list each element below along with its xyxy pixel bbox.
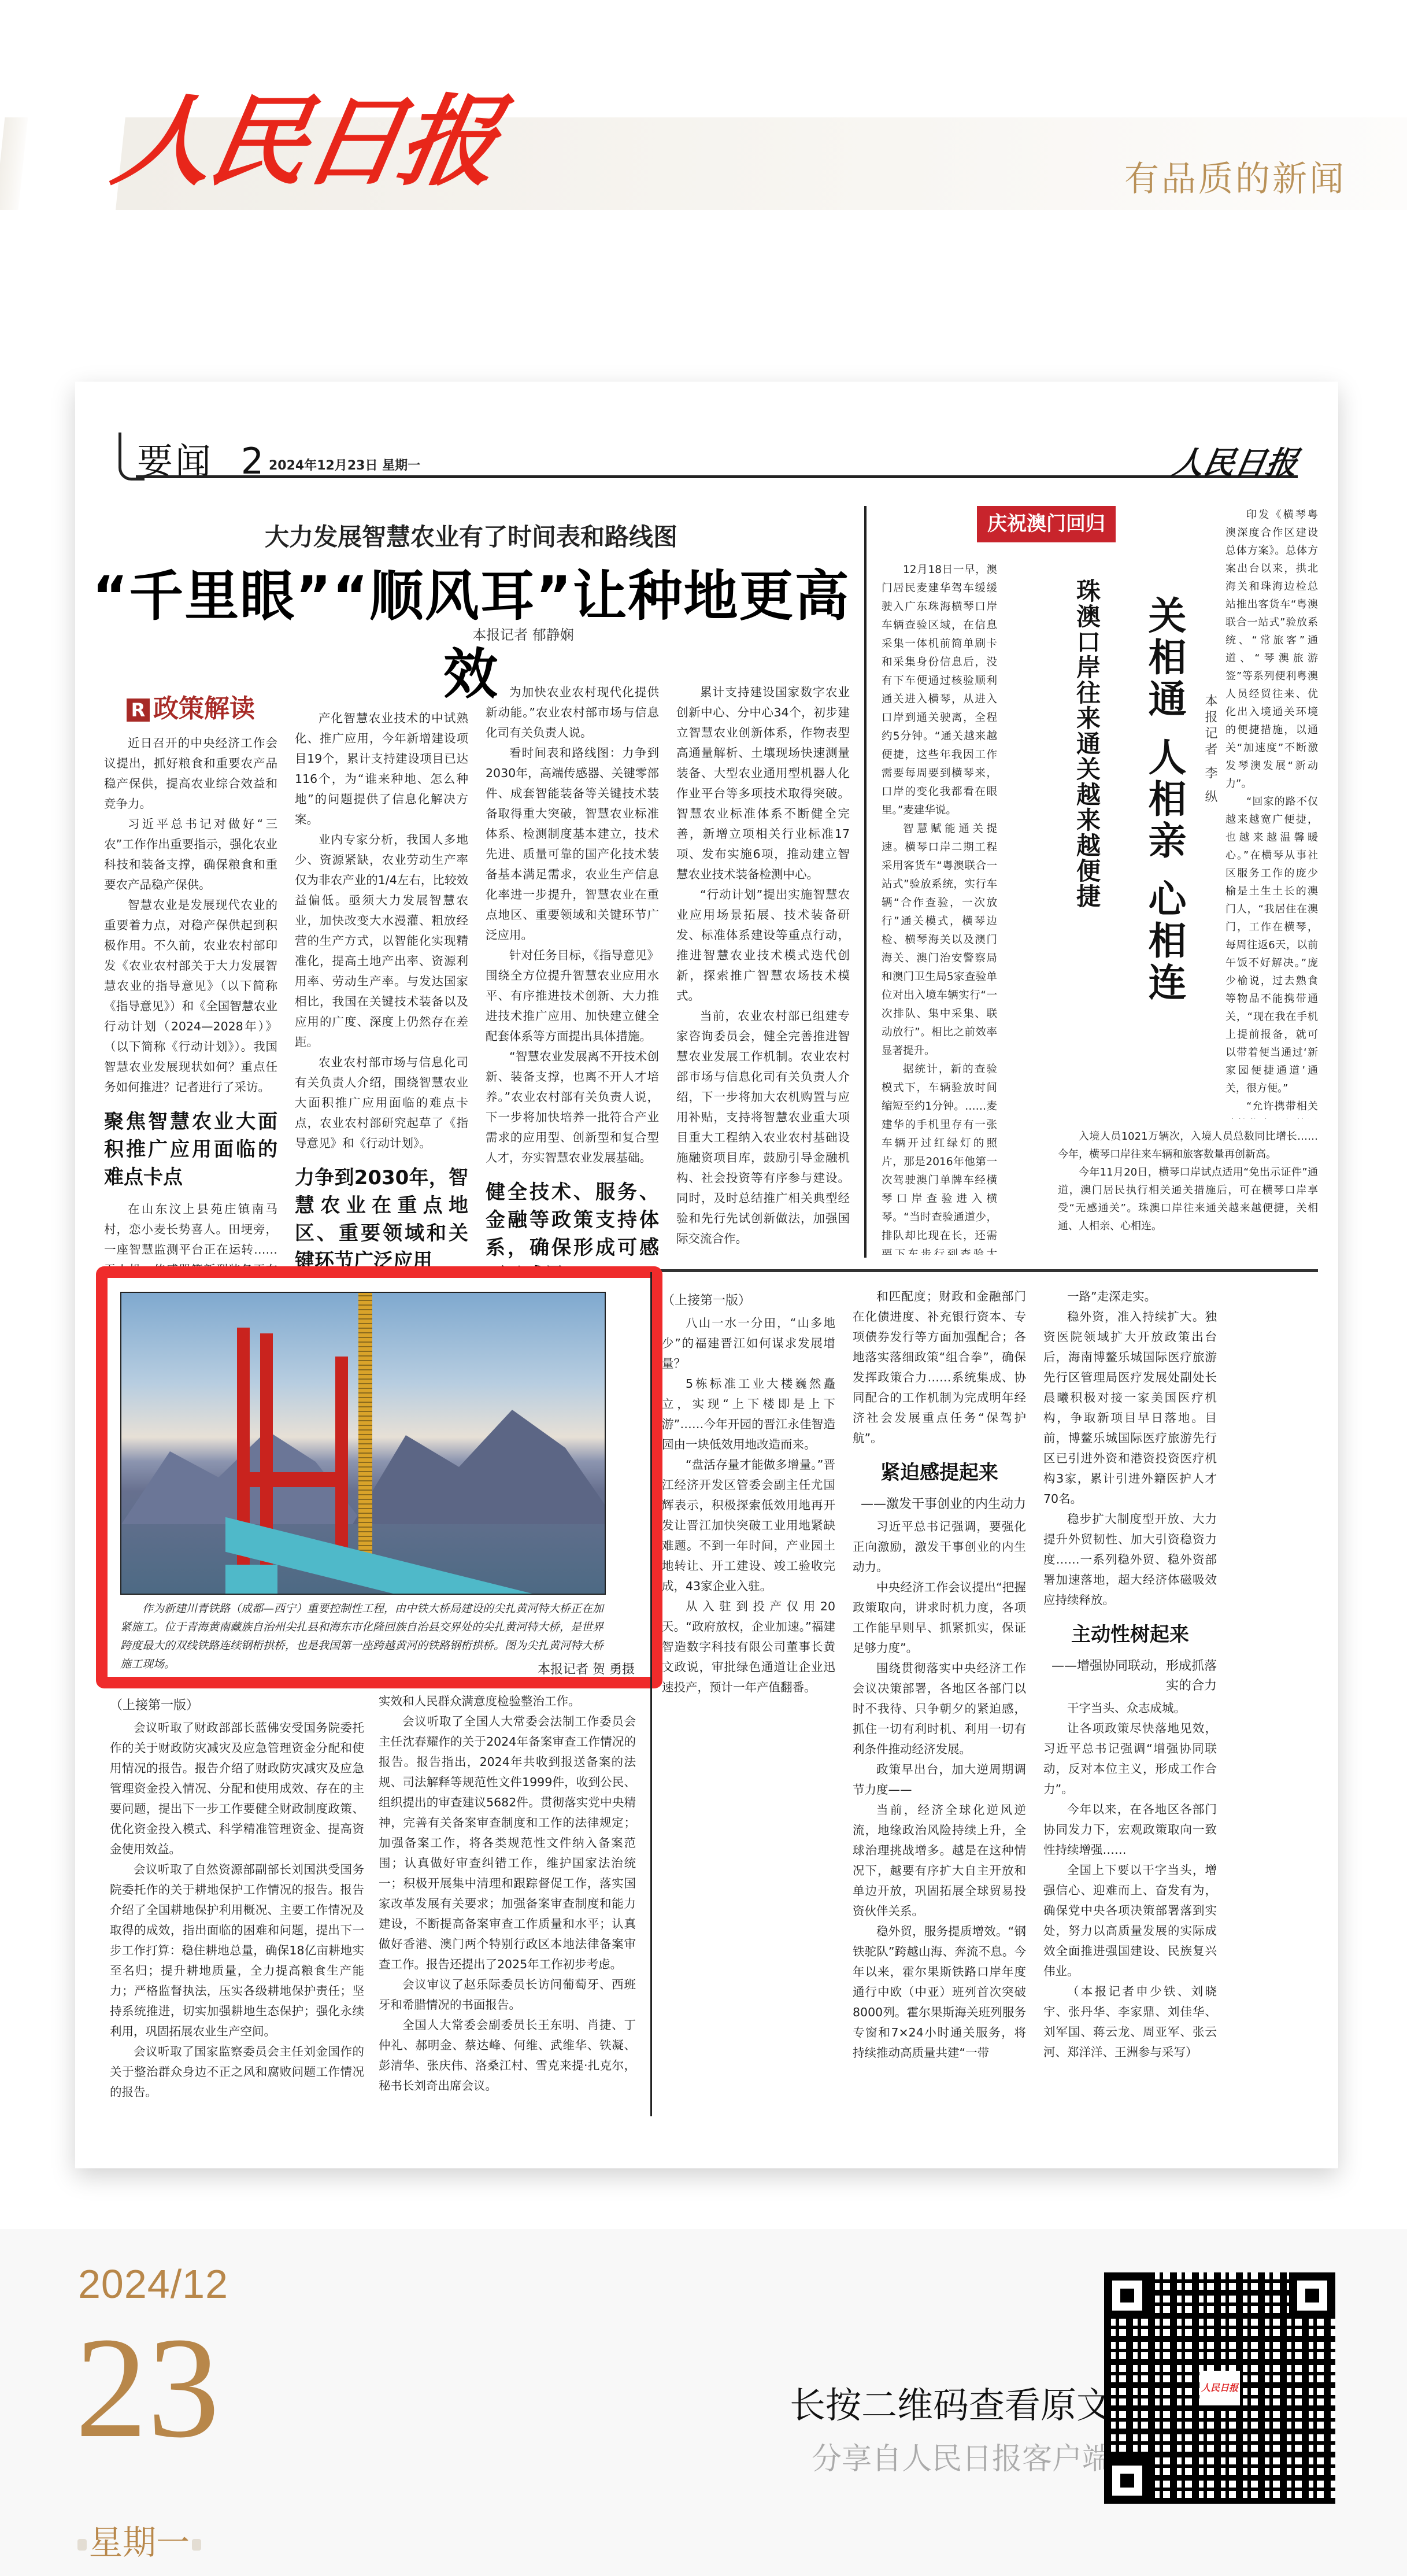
paragraph: 农业农村部市场与信息化司有关负责人介绍，围绕智慧农业大面积推广应用面临的难点卡点… — [295, 1052, 468, 1154]
paragraph: 当前，农业农村部已组建专家咨询委员会，健全完善推进智慧农业发展工作机制。农业农村… — [676, 1006, 850, 1249]
continued-label: （上接第一版） — [110, 1696, 364, 1716]
lead-column-4: 累计支持建设国家数字农业创新中心、分中心34个，初步建立智慧农业创新体系，作物表… — [676, 682, 850, 1266]
paragraph: 在山东汶上县苑庄镇南马村，恋小麦长势喜人。田埂旁，一座智慧监测平台正在运转……无… — [104, 1199, 277, 1266]
photo-highlight-frame[interactable]: 作为新建川青铁路（成都—西宁）重要控制性工程，由中铁大桥局建设的尖扎黄河特大桥正… — [96, 1266, 662, 1688]
qr-finder-icon — [1104, 2272, 1150, 2319]
app-header: 人民日报 有品质的新闻 — [0, 0, 1407, 324]
lead-column-2: 产化智慧农业技术的中试熟化、推广应用，今年新增建设项目19个，累计支持建设项目已… — [295, 708, 468, 1266]
macau-byline: 本报记者 李 纵 — [1201, 694, 1219, 806]
paragraph: 入境人员1021万辆次，入境人员总数同比增长……今年，横琴口岸往来车辆和旅客数量… — [1058, 1128, 1318, 1163]
paragraph: 智慧农业是发展现代农业的重要着力点，对稳产保供起到积极作用。不久前，农业农村部印… — [104, 895, 277, 1097]
column-divider — [864, 506, 867, 1258]
paragraph: 稳外资，准入持续扩大。独资医院领域扩大开放政策出台后，海南博鳌乐城国际医疗旅游先… — [1043, 1307, 1217, 1509]
macau-subtitle: 珠澳口岸往来通关越来越便捷 — [1069, 578, 1104, 909]
photo-bridge-truss — [225, 1565, 277, 1595]
footer-day: 23 — [75, 2316, 220, 2460]
column-divider — [650, 1272, 652, 2116]
paragraph: 政策早出台，加大逆周期调节力度—— — [853, 1760, 1026, 1800]
paragraph: 中央经济工作会议提出“把握政策取向，讲求时机力度，各项工作能早则早、抓紧抓实，保… — [853, 1577, 1026, 1658]
paragraph: 和匹配度；财政和金融部门在化债进度、补充银行资本、专项债券发行等方面加强配合；各… — [853, 1287, 1026, 1448]
paragraph: 从入驻到投产仅用20天。“政府放权，企业加速。”福建智造数字科技有限公司董事长黄… — [662, 1596, 835, 1698]
economy-column-2: 和匹配度；财政和金融部门在化债进度、补充银行资本、专项债券发行等方面加强配合；各… — [853, 1287, 1026, 2119]
paragraph: 业内专家分析，我国人多地少、资源紧缺，农业劳动生产率仅为非农产业的1/4左右，比… — [295, 830, 468, 1052]
paragraph: 12月18日一早，澳门居民麦建华驾车缓缓驶入广东珠海横琴口岸车辆查验区域，在信息… — [882, 561, 997, 820]
paragraph: 今年以来，在各地区各部门协同发力下，宏观政策取向一致性持续增强…… — [1043, 1799, 1217, 1860]
subheading: 力争到2030年，智慧农业在重点地区、重要领域和关键环节广泛应用 — [295, 1164, 468, 1266]
article-kicker: 大力发展智慧农业有了时间表和路线图 — [75, 518, 867, 553]
qr-hint: 长按二维码查看原文 — [790, 2377, 1112, 2428]
photo-bridge-truss — [225, 1517, 606, 1595]
photo-crane — [335, 1357, 348, 1576]
macau-column-2: 印发《横琴粤澳深度合作区建设总体方案》。总体方案出台以来，拱北海关和珠海边检总站… — [1225, 506, 1318, 1119]
paragraph: 围绕贯彻落实中央经济工作会议决策部署，各地区各部门以时不我待、只争朝夕的紧迫感，… — [853, 1658, 1026, 1760]
paragraph: 针对任务目标，《指导意见》围绕全方位提升智慧农业应用水平、有序推进技术创新、大力… — [486, 945, 659, 1047]
qr-finder-icon — [1289, 2272, 1335, 2319]
paragraph: 今年11月20日，横琴口岸试点适用“免出示证件”通道，澳门居民执行相关通关措施后… — [1058, 1163, 1318, 1235]
paragraph: 5栋标准工业大楼巍然矗立，实现“上下楼即是上下游”……今年开园的晋江永佳智造园由… — [662, 1374, 835, 1455]
paragraph: 干字当头、众志成城。 — [1043, 1698, 1217, 1718]
subheading: 健全技术、服务、金融等政策支持体系，确保形成可感可及成果 — [486, 1178, 659, 1266]
subheading-sub: ——增强协同联动，形成抓落实的合力 — [1043, 1657, 1217, 1696]
macau-column-3: 入境人员1021万辆次，入境人员总数同比增长……今年，横琴口岸往来车辆和旅客数量… — [1058, 1128, 1318, 1255]
paragraph: 让各项政策尽快落地见效，习近平总书记强调“增强协同联动，反对本位主义，形成工作合… — [1043, 1718, 1217, 1799]
paragraph: “行动计划”提出实施智慧农业应用场景拓展、技术装备研发、标准体系建设等重点行动，… — [676, 885, 850, 1006]
paragraph: 会议听取了财政部部长蓝佛安受国务院委托作的关于财政防灾减灾及应急管理资金分配和使… — [110, 1718, 364, 1860]
npc-column-2: 实效和人民群众满意度检验整治工作。 会议听取了全国人大常委会法制工作委员会主任沈… — [379, 1691, 636, 2131]
macau-anniversary-banner[interactable]: 庆祝澳门回归25周年 — [977, 506, 1116, 542]
paragraph: “盘活存量才能做多增量。”晋江经济开发区管委会副主任尤国辉表示，积极探索低效用地… — [662, 1455, 835, 1596]
photo-credit: 本报记者 贺 勇摄 — [538, 1660, 635, 1677]
macau-title[interactable]: 关相通 人相亲 心相连 — [1136, 596, 1191, 1004]
bridge-photo[interactable] — [120, 1292, 606, 1595]
continued-label: （上接第一版） — [662, 1291, 835, 1311]
paragraph: 八山一水一分田，“山多地少”的福建晋江如何谋求发展增量？ — [662, 1313, 835, 1374]
footer-weekday: 星期一 — [75, 2515, 203, 2564]
paragraph: 产化智慧农业技术的中试熟化、推广应用，今年新增建设项目19个，累计支持建设项目已… — [295, 708, 468, 830]
paragraph: 会议审议了赵乐际委员长访问葡萄牙、西班牙和希腊情况的书面报告。 — [379, 1975, 636, 2015]
photo-crane — [237, 1472, 347, 1487]
paragraph: “智慧农业发展离不开技术创新、装备支撑，也离不开人才培养。”农业农村部有关负责人… — [486, 1047, 659, 1168]
paragraph: 智慧赋能通关提速。横琴口岸二期工程采用客货车“粤澳联合一站式”验放系统，实行车辆… — [882, 820, 997, 1060]
paragraph: 看时间表和路线图：力争到2030年，高端传感器、关键零部件、成套智能装备等关键技… — [486, 743, 659, 945]
paragraph: 会议听取了国家监察委员会主任刘金国作的关于整治群众身边不正之风和腐败问题工作情况… — [110, 2042, 364, 2102]
photo-tower-crane — [358, 1293, 372, 1582]
footer-year-month: 2024/12 — [78, 2261, 228, 2307]
paragraph: 全国上下要以干字当头，增强信心、迎难而上、奋发有为，确保党中央各项决策部署落到实… — [1043, 1860, 1217, 1982]
npc-column-1: （上接第一版） 会议听取了财政部部长蓝佛安受国务院委托作的关于财政防灾减灾及应急… — [110, 1691, 364, 2131]
paragraph: 会议听取了自然资源部副部长刘国洪受国务院委托作的关于耕地保护工作情况的报告。报告… — [110, 1860, 364, 2042]
paragraph: 据统计，新的查验模式下，车辆验放时间缩短至约1分钟。……麦建华的手机里存有一张车… — [882, 1060, 997, 1255]
policy-tag: R政策解读 — [104, 698, 277, 722]
qr-logo: 人民日报 — [1199, 2371, 1240, 2405]
economy-column-1: （上接第一版） 八山一水一分田，“山多地少”的福建晋江如何谋求发展增量？ 5栋标… — [662, 1287, 835, 2119]
lead-column-1: R政策解读 近日召开的中央经济工作会议提出，抓好粮食和重要农产品稳产保供，提高农… — [104, 694, 277, 1266]
paragraph: 全国人大常委会副委员长王东明、肖捷、丁仲礼、郝明金、蔡达峰、何维、武维华、铁凝、… — [379, 2015, 636, 2096]
paragraph: 稳步扩大制度型开放、大力提升外贸韧性、加大引资稳资力度……一系列稳外贸、稳外资部… — [1043, 1509, 1217, 1610]
paragraph: 近日召开的中央经济工作会议提出，抓好粮食和重要农产品稳产保供，提高农业综合效益和… — [104, 733, 277, 814]
paragraph: 会议听取了全国人大常委会法制工作委员会主任沈春耀作的关于2024年备案审查工作情… — [379, 1712, 636, 1975]
paragraph: 当前，经济全球化逆风逆流，地缘政治风险持续上升，全球治理挑战增多。越是在这种情况… — [853, 1800, 1026, 1921]
masthead-rule — [136, 475, 1298, 478]
date-line: 2024年12月23日 星期一 — [269, 456, 420, 474]
macau-column-1: 12月18日一早，澳门居民麦建华驾车缓缓驶入广东珠海横琴口岸车辆查验区域，在信息… — [882, 561, 997, 1255]
page-masthead: 要闻 2 2024年12月23日 星期一 人民日报 — [119, 433, 1298, 479]
subheading: 聚焦智慧农业大面积推广应用面临的难点卡点 — [104, 1108, 277, 1191]
article-byline: 本报记者 郁静娴 — [75, 623, 867, 644]
share-source: 分享自人民日报客户端 — [812, 2434, 1112, 2478]
newspaper-page[interactable]: 要闻 2 2024年12月23日 星期一 人民日报 大力发展智慧农业有了时间表和… — [75, 382, 1330, 2151]
paragraph: 习近平总书记强调，要强化正向激励，激发干事创业的内生动力。 — [853, 1517, 1026, 1577]
qr-finder-icon — [1104, 2457, 1150, 2504]
economy-column-3: 一路”走深走实。 稳外资，准入持续扩大。独资医院领域扩大开放政策出台后，海南博鳌… — [1043, 1287, 1217, 2119]
paragraph: 为加快农业农村现代化提供新动能。”农业农村部市场与信息化司有关负责人说。 — [486, 682, 659, 743]
paragraph: 一路”走深走实。 — [1043, 1287, 1217, 1307]
app-slogan: 有品质的新闻 — [1124, 151, 1346, 201]
reporter-credit: （本报记者申少铁、刘晓宇、张丹华、李家鼎、刘佳华、刘军国、蒋云龙、周亚军、张云河… — [1043, 1982, 1217, 2063]
qr-code[interactable]: 人民日报 — [1104, 2272, 1335, 2504]
policy-tag-label: 政策解读 — [153, 694, 255, 723]
masthead-logo: 人民日报 — [1169, 438, 1302, 483]
paragraph: “回家的路不仅越来越宽广便捷，也越来越温馨暖心。”在横琴从事社区服务工作的庞少榆… — [1225, 793, 1318, 1097]
paragraph: 累计支持建设国家数字农业创新中心、分中心34个，初步建立智慧农业创新体系，作物表… — [676, 682, 850, 885]
paragraph: 实效和人民群众满意度检验整治工作。 — [379, 1691, 636, 1712]
photo-mountain — [353, 1397, 606, 1524]
subheading-sub: ——激发干事创业的内生动力 — [853, 1495, 1026, 1514]
subheading: 紧迫感提起来 — [853, 1459, 1026, 1487]
r-badge-icon: R — [127, 698, 150, 722]
paragraph: “允许携带相关动植物产品便捷通关”是澳门居民频繁往来琴澳工作、生活的现实需要。“… — [1225, 1097, 1318, 1119]
share-footer: 2024/12 23 星期一 长按二维码查看原文 分享自人民日报客户端 人民日报 — [0, 2229, 1407, 2576]
app-logo: 人民日报 — [107, 93, 503, 191]
paragraph: 印发《横琴粤澳深度合作区建设总体方案》。总体方案出台以来，拱北海关和珠海边检总站… — [1225, 506, 1318, 793]
subheading: 主动性树起来 — [1043, 1621, 1217, 1649]
banner-band — [0, 117, 28, 210]
lead-column-3: 为加快农业农村现代化提供新动能。”农业农村部市场与信息化司有关负责人说。 看时间… — [486, 682, 659, 1266]
paragraph: 习近平总书记对做好“三农”工作作出重要指示，强化农业科技和装备支撑，确保粮食和重… — [104, 814, 277, 895]
section-divider — [653, 1269, 1318, 1272]
photo-caption: 作为新建川青铁路（成都—西宁）重要控制性工程，由中铁大桥局建设的尖扎黄河特大桥正… — [120, 1599, 603, 1673]
paragraph: 稳外贸，服务提质增效。“钢铁驼队”跨越山海、奔流不息。今年以来，霍尔果斯铁路口岸… — [853, 1921, 1026, 2063]
